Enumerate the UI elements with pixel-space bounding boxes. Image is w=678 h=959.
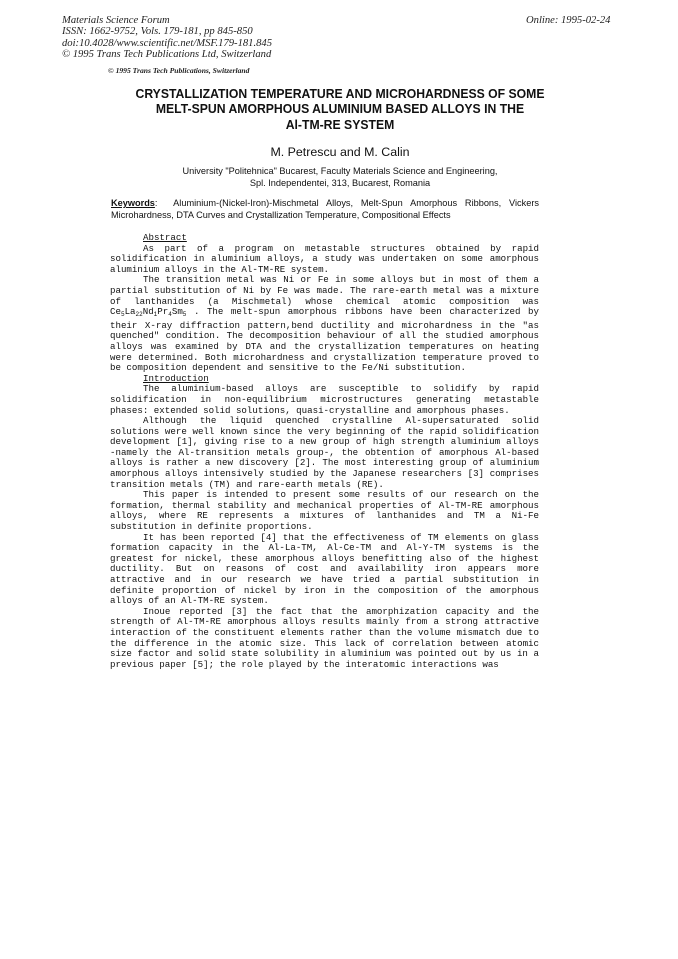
element-sm: Sm (172, 306, 183, 317)
issn-line: ISSN: 1662-9752, Vols. 179-181, pp 845-8… (62, 26, 272, 37)
subscript: 22 (136, 311, 143, 318)
doi-line: doi:10.4028/www.scientific.net/MSF.179-1… (62, 38, 272, 49)
paper-title: CRYSTALLIZATION TEMPERATURE AND MICROHAR… (107, 87, 573, 133)
introduction-paragraph: This paper is intended to present some r… (110, 490, 539, 532)
authors: M. Petrescu and M. Calin (100, 145, 580, 159)
element-pr: Pr (157, 306, 168, 317)
introduction-paragraph: Although the liquid quenched crystalline… (110, 416, 539, 490)
copyright-line: © 1995 Trans Tech Publications Ltd, Swit… (62, 49, 272, 60)
online-date: Online: 1995-02-24 (526, 15, 610, 26)
introduction-paragraph: The aluminium-based alloys are susceptib… (110, 384, 539, 416)
keywords-label: Keywords (111, 198, 155, 208)
title-line: CRYSTALLIZATION TEMPERATURE AND MICROHAR… (107, 87, 573, 102)
affiliation: University "Politehnica" Bucarest, Facul… (100, 166, 580, 189)
publisher-copyright-stamp: © 1995 Trans Tech Publications, Switzerl… (108, 66, 249, 75)
introduction-paragraph: Inoue reported [3] the fact that the amo… (110, 607, 539, 671)
journal-name: Materials Science Forum (62, 15, 272, 26)
title-line: Al-TM-RE SYSTEM (107, 118, 573, 133)
element-la: La (125, 306, 136, 317)
affiliation-line: Spl. Independentei, 313, Bucarest, Roman… (100, 178, 580, 190)
keywords: Keywords: Aluminium-(Nickel-Iron)-Mischm… (111, 198, 539, 221)
element-ce: Ce (110, 306, 121, 317)
abstract-heading: Abstract (143, 233, 539, 244)
affiliation-line: University "Politehnica" Bucarest, Facul… (100, 166, 580, 178)
element-nd: Nd (143, 306, 154, 317)
abstract-paragraph: As part of a program on metastable struc… (110, 244, 539, 276)
paper-body: Abstract As part of a program on metasta… (110, 233, 539, 670)
introduction-paragraph: It has been reported [4] that the effect… (110, 533, 539, 607)
abstract-paragraph: The transition metal was Ni or Fe in som… (110, 275, 539, 373)
abstract-text: The transition metal was Ni or Fe in som… (110, 274, 539, 306)
mischmetal-composition: Ce5La22Nd1Pr4Sm5 (110, 306, 186, 317)
keywords-colon: : (155, 198, 173, 208)
keywords-text: Aluminium-(Nickel-Iron)-Mischmetal Alloy… (111, 198, 539, 220)
title-line: MELT-SPUN AMORPHOUS ALUMINIUM BASED ALLO… (107, 102, 573, 117)
journal-citation-block: Materials Science Forum ISSN: 1662-9752,… (62, 15, 272, 61)
